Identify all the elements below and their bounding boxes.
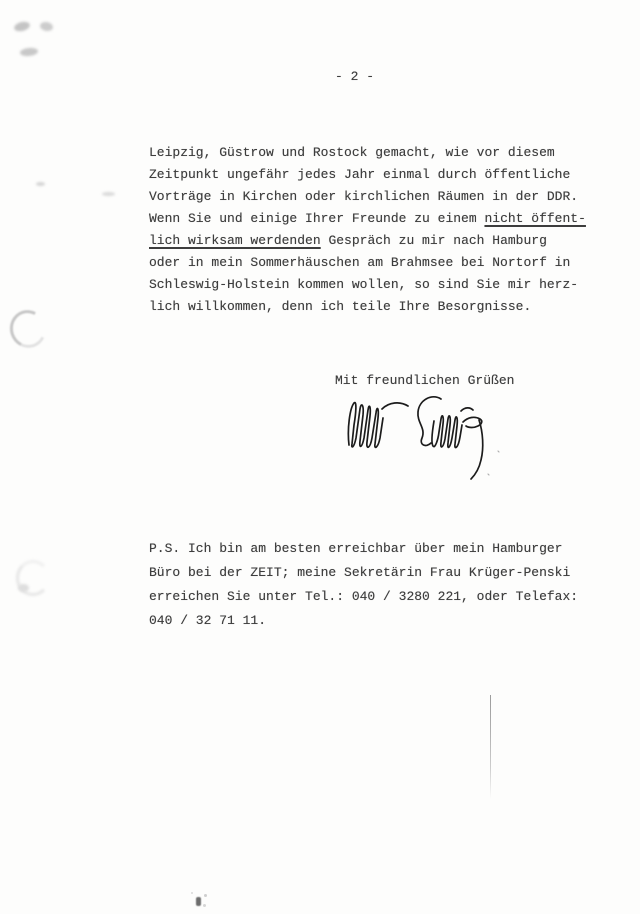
text-line: Wenn Sie und einige Ihrer Freunde zu ein… <box>149 208 586 230</box>
text-line: Schleswig-Holstein kommen wollen, so sin… <box>149 274 586 296</box>
text-line: lich wirksam werdenden Gespräch zu mir n… <box>149 230 586 252</box>
faint-smudge-mark <box>102 192 115 196</box>
postscript-paragraph: P.S. Ich bin am besten erreichbar über m… <box>149 537 578 633</box>
text-line: Zeitpunkt ungefähr jedes Jahr einmal dur… <box>149 164 578 186</box>
text-line: P.S. Ich bin am besten erreichbar über m… <box>149 537 578 561</box>
text-line: 040 / 32 71 11. <box>149 609 578 633</box>
punch-hole-mark <box>16 560 50 596</box>
punch-hole-shadow <box>18 584 29 592</box>
text-line: Leipzig, Güstrow und Rostock gemacht, wi… <box>149 142 578 164</box>
ink-speck <box>204 894 207 897</box>
scratch-line-mark <box>490 695 491 799</box>
body-paragraph: Wenn Sie und einige Ihrer Freunde zu ein… <box>149 208 586 318</box>
scanned-letter-page: - 2 - Leipzig, Güstrow und Rostock gemac… <box>0 0 640 914</box>
closing-salutation: Mit freundlichen Grüßen <box>335 373 514 389</box>
body-paragraph: Leipzig, Güstrow und Rostock gemacht, wi… <box>149 142 578 208</box>
faint-smudge-mark <box>36 182 45 186</box>
text-line: Büro bei der ZEIT; meine Sekretärin Frau… <box>149 561 578 585</box>
pencil-smudge-mark <box>39 21 53 32</box>
page-number: - 2 - <box>335 69 374 84</box>
text-line: lich willkommen, denn ich teile Ihre Bes… <box>149 296 586 318</box>
text-line: Vorträge in Kirchen oder kirchlichen Räu… <box>149 186 578 208</box>
punch-hole-mark <box>5 305 51 352</box>
text-line: erreichen Sie unter Tel.: 040 / 3280 221… <box>149 585 578 609</box>
text-line: oder in mein Sommerhäuschen am Brahmsee … <box>149 252 586 274</box>
pencil-smudge-mark <box>20 47 39 57</box>
ink-speck <box>191 892 193 894</box>
ink-speck <box>203 904 206 907</box>
pencil-smudge-mark <box>13 20 31 33</box>
handwritten-signature <box>330 388 520 488</box>
ink-speck <box>196 897 201 906</box>
